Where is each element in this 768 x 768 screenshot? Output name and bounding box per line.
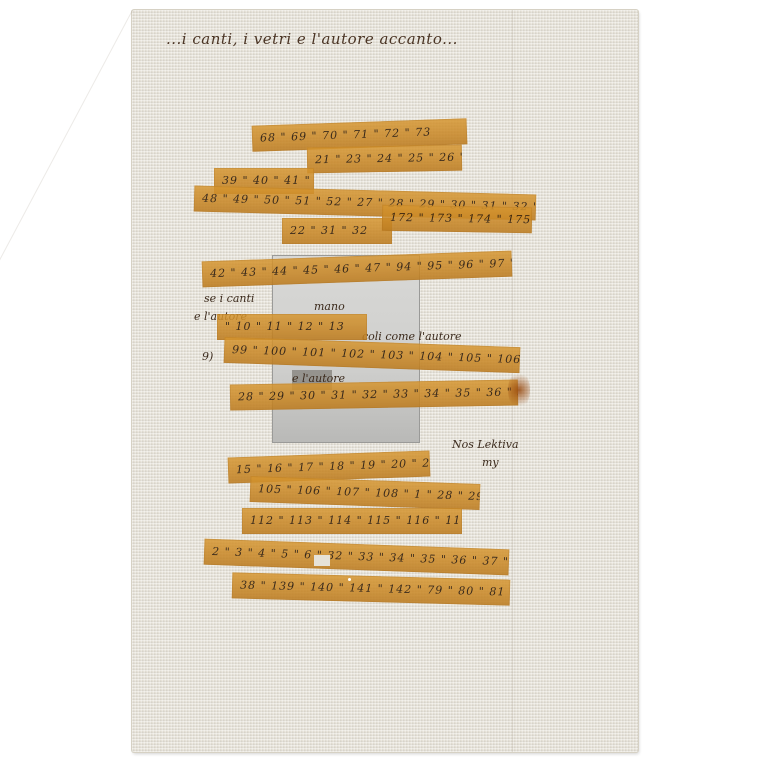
tape-strip: 99 " 100 " 101 " 102 " 103 " 104 " 105 "… — [224, 337, 521, 373]
marginal-note: my — [482, 456, 499, 469]
tape-strip: 38 " 139 " 140 " 141 " 142 " 79 " 80 " 8… — [232, 572, 511, 605]
tape-strip: " 10 " 11 " 12 " 13 — [217, 314, 367, 340]
title-inscription: ...i canti, i vetri e l'autore accanto..… — [166, 30, 458, 48]
marginal-note: mano — [314, 300, 345, 313]
tape-strip: 42 " 43 " 44 " 45 " 46 " 47 " 94 " 95 " … — [202, 251, 513, 288]
tape-stain — [508, 370, 530, 410]
marginal-note: se i canti — [204, 292, 254, 305]
tape-strip: 105 " 106 " 107 " 108 " 1 " 28 " 29 " 30… — [250, 476, 481, 510]
canvas-crease — [0, 10, 133, 666]
tape-notch — [314, 555, 330, 566]
tape-strip: 2 " 3 " 4 " 5 " 6 " 32 " 33 " 34 " 35 " … — [204, 539, 510, 576]
marginal-note: Nos Lektiva — [452, 438, 519, 451]
linen-canvas: ...i canti, i vetri e l'autore accanto..… — [132, 10, 638, 752]
tape-strip: 22 " 31 " 32 — [282, 218, 392, 244]
tape-strip: 28 " 29 " 30 " 31 " 32 " 33 " 34 " 35 " … — [230, 379, 518, 410]
marginal-note: 9) — [202, 350, 213, 363]
tape-strip: 112 " 113 " 114 " 115 " 116 " 117 " 118 … — [242, 508, 462, 534]
white-dot — [348, 578, 351, 581]
marginal-note: coli come l'autore — [362, 330, 462, 343]
tape-strip: 21 " 23 " 24 " 25 " 26 " 27 — [307, 145, 462, 174]
tape-strip: 172 " 173 " 174 " 175 " 176 " 177 — [382, 205, 532, 234]
